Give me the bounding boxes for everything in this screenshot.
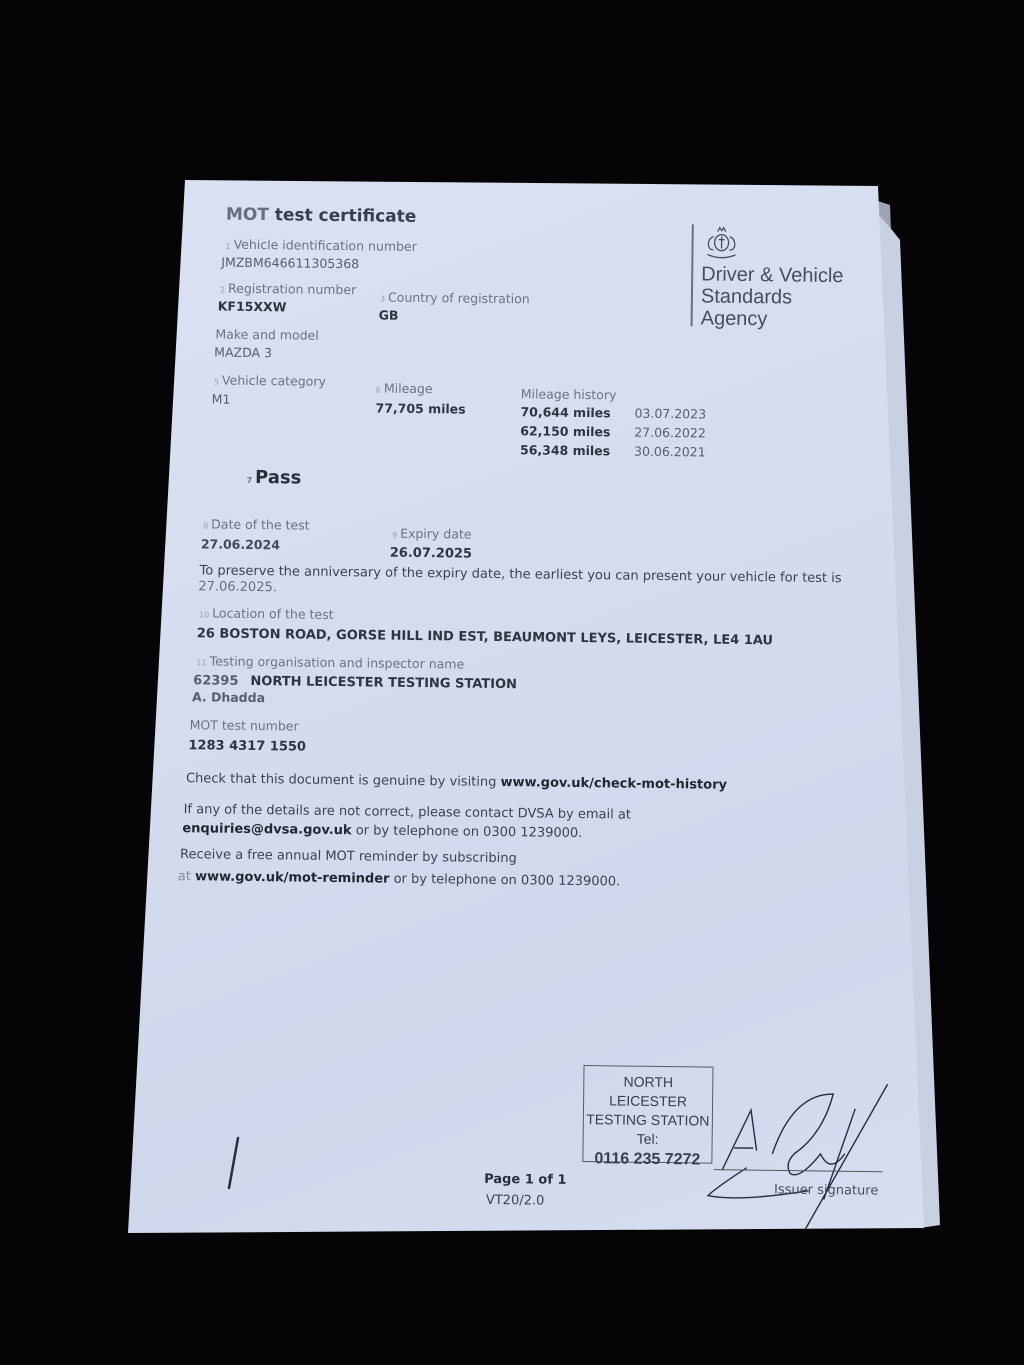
agency-name: Driver & Vehicle Standards Agency xyxy=(701,263,844,331)
contact-text-line1: If any of the details are not correct, p… xyxy=(184,802,631,822)
country-value: GB xyxy=(379,307,399,322)
mileage-value: 77,705 miles xyxy=(375,400,465,416)
make-model-value: MAZDA 3 xyxy=(214,344,272,360)
expiry-date-label: 9Expiry date xyxy=(392,526,472,542)
category-value: M1 xyxy=(212,391,231,406)
test-result: 7 Pass xyxy=(247,467,302,489)
issuer-signature xyxy=(693,1077,895,1239)
category-label: 5Vehicle category xyxy=(214,372,326,388)
page-indicator: Page 1 of 1 xyxy=(484,1172,567,1188)
royal-coat-of-arms-icon xyxy=(701,224,741,258)
expiry-date-value: 26.07.2025 xyxy=(390,546,472,562)
location-label: 10Location of the test xyxy=(199,605,334,622)
test-number-label: MOT test number xyxy=(190,717,299,733)
mileage-history-row: 56,348 miles 30.06.2021 xyxy=(520,442,706,463)
form-code: VT20/2.0 xyxy=(486,1193,545,1209)
earliest-test-date: 27.06.2025. xyxy=(198,579,277,595)
issuer-signature-label: Issuer signature xyxy=(774,1182,879,1198)
check-mot-history-link[interactable]: www.gov.uk/check-mot-history xyxy=(500,775,727,793)
organisation-label: 11Testing organisation and inspector nam… xyxy=(196,653,464,671)
vin-label: 1Vehicle identification number xyxy=(225,237,416,254)
test-date-label: 8Date of the test xyxy=(203,516,310,532)
certificate-content: MOT test certificate 1Vehicle identifica… xyxy=(0,0,1024,1365)
registration-label: 2Registration number xyxy=(220,281,356,298)
mileage-label: 6Mileage xyxy=(376,380,433,396)
registration-value: KF15XXW xyxy=(218,299,287,315)
test-number-value: 1283 4317 1550 xyxy=(188,738,306,754)
reminder-text-line2: at www.gov.uk/mot-reminder or by telepho… xyxy=(178,869,621,889)
mileage-history-list: 70,644 miles 03.07.2023 62,150 miles 27.… xyxy=(520,404,706,463)
reminder-text-line1: Receive a free annual MOT reminder by su… xyxy=(180,847,517,866)
location-value: 26 BOSTON ROAD, GORSE HILL IND EST, BEAU… xyxy=(197,626,773,648)
genuine-check-text: Check that this document is genuine by v… xyxy=(186,771,727,793)
contact-text-line2: enquiries@dvsa.gov.uk or by telephone on… xyxy=(182,821,582,841)
mot-reminder-link[interactable]: www.gov.uk/mot-reminder xyxy=(195,869,390,886)
vin-value: JMZBM646611305368 xyxy=(221,255,359,272)
mileage-history-row: 62,150 miles 27.06.2022 xyxy=(520,423,706,444)
mileage-history-row: 70,644 miles 03.07.2023 xyxy=(520,404,706,425)
dvsa-email-link[interactable]: enquiries@dvsa.gov.uk xyxy=(182,821,351,838)
document-title: MOT test certificate xyxy=(226,205,417,227)
test-date-value: 27.06.2024 xyxy=(201,536,280,552)
anniversary-note: To preserve the anniversary of the expir… xyxy=(199,563,841,586)
logo-divider xyxy=(691,224,694,326)
mileage-history-label: Mileage history xyxy=(521,386,617,402)
make-model-label: Make and model xyxy=(215,326,319,342)
country-label: 3Country of registration xyxy=(380,290,530,307)
inspector-name: A. Dhadda xyxy=(192,689,265,705)
